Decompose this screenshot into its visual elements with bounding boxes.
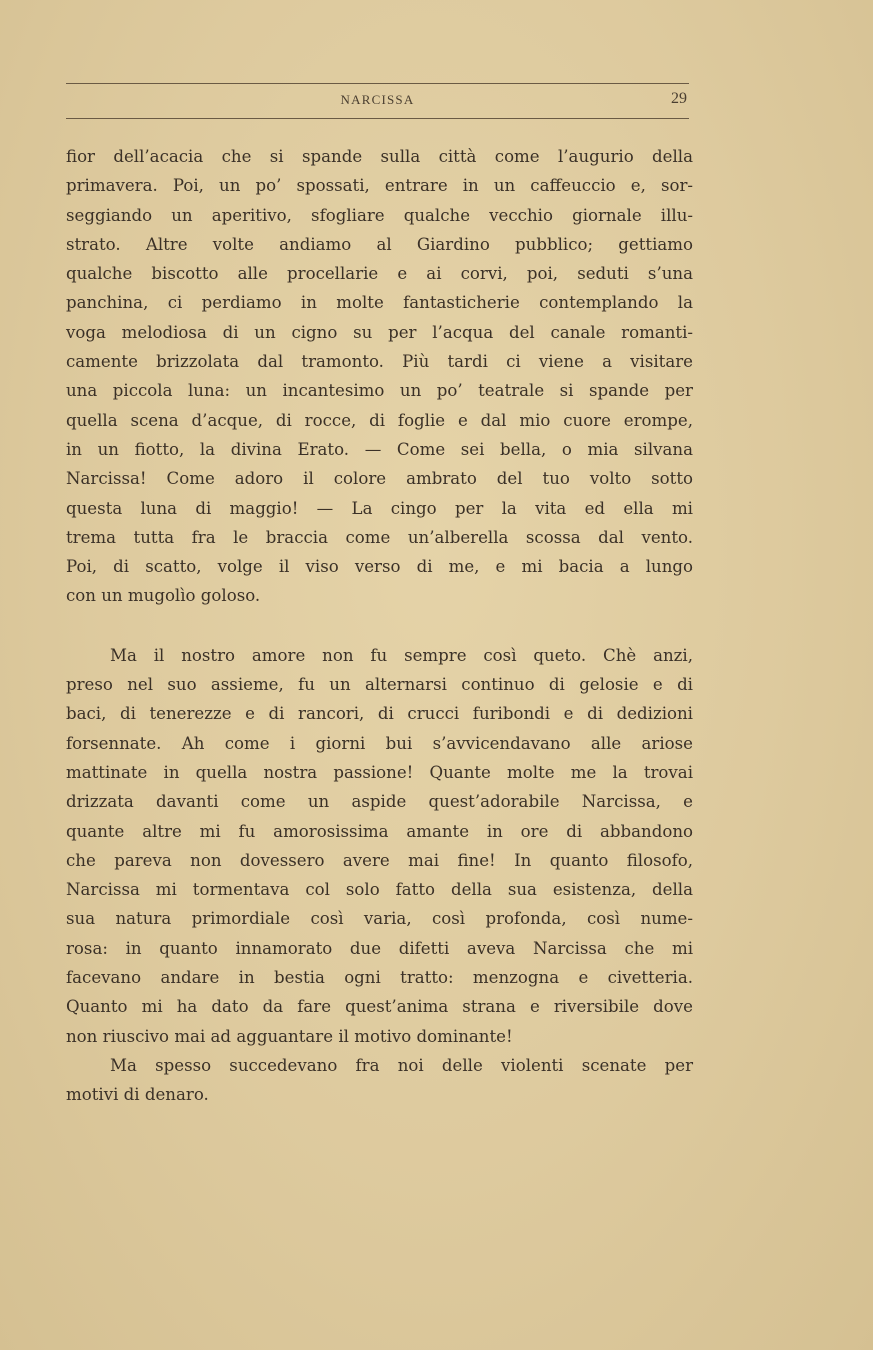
text-line: facevano andare in bestia ogni tratto: m… bbox=[66, 963, 693, 992]
text-line: preso nel suo assieme, fu un alternarsi … bbox=[66, 670, 693, 699]
text-line: con un mugolìo goloso. bbox=[66, 581, 693, 610]
running-head-title: NARCISSA bbox=[66, 92, 689, 108]
section-break bbox=[66, 611, 693, 641]
text-line: questa luna di maggio! — La cingo per la… bbox=[66, 494, 693, 523]
text-line: voga melodiosa di un cigno su per l’acqu… bbox=[66, 318, 693, 347]
text-line: Ma il nostro amore non fu sempre così qu… bbox=[66, 641, 693, 670]
text-line: baci, di tenerezze e di rancori, di cruc… bbox=[66, 699, 693, 728]
header-rule-top bbox=[66, 83, 689, 84]
text-line: quante altre mi fu amorosissima amante i… bbox=[66, 817, 693, 846]
body-text: fior dell’acacia che si spande sulla cit… bbox=[66, 142, 693, 1110]
text-line: quella scena d’acque, di rocce, di fogli… bbox=[66, 406, 693, 435]
text-line: non riuscivo mai ad agguantare il motivo… bbox=[66, 1022, 693, 1051]
page-number: 29 bbox=[671, 90, 687, 108]
text-line: che pareva non dovessero avere mai fine!… bbox=[66, 846, 693, 875]
text-line: Poi, di scatto, volge il viso verso di m… bbox=[66, 552, 693, 581]
header-rule-bottom bbox=[66, 118, 689, 119]
text-line: camente brizzolata dal tramonto. Più tar… bbox=[66, 347, 693, 376]
text-line: Narcissa! Come adoro il colore ambrato d… bbox=[66, 464, 693, 493]
text-line: motivi di denaro. bbox=[66, 1080, 693, 1109]
text-line: drizzata davanti come un aspide quest’ad… bbox=[66, 787, 693, 816]
text-line: seggiando un aperitivo, sfogliare qualch… bbox=[66, 201, 693, 230]
text-line: Narcissa mi tormentava col solo fatto de… bbox=[66, 875, 693, 904]
text-line: panchina, ci perdiamo in molte fantastic… bbox=[66, 288, 693, 317]
book-page: NARCISSA 29 fior dell’acacia che si span… bbox=[0, 0, 873, 1350]
text-line: trema tutta fra le braccia come un’alber… bbox=[66, 523, 693, 552]
text-line: forsennate. Ah come i giorni bui s’avvic… bbox=[66, 729, 693, 758]
text-line: fior dell’acacia che si spande sulla cit… bbox=[66, 142, 693, 171]
paragraph-1: fior dell’acacia che si spande sulla cit… bbox=[66, 142, 693, 611]
text-line: Quanto mi ha dato da fare quest’anima st… bbox=[66, 992, 693, 1021]
text-line: Ma spesso succedevano fra noi delle viol… bbox=[66, 1051, 693, 1080]
text-line: primavera. Poi, un po’ spossati, entrare… bbox=[66, 171, 693, 200]
text-line: qualche biscotto alle procellarie e ai c… bbox=[66, 259, 693, 288]
text-line: mattinate in quella nostra passione! Qua… bbox=[66, 758, 693, 787]
text-line: sua natura primordiale così varia, così … bbox=[66, 904, 693, 933]
text-line: una piccola luna: un incantesimo un po’ … bbox=[66, 376, 693, 405]
text-line: in un fiotto, la divina Erato. — Come se… bbox=[66, 435, 693, 464]
paragraph-2: Ma il nostro amore non fu sempre così qu… bbox=[66, 641, 693, 1051]
paragraph-3: Ma spesso succedevano fra noi delle viol… bbox=[66, 1051, 693, 1110]
text-line: rosa: in quanto innamorato due difetti a… bbox=[66, 934, 693, 963]
text-line: strato. Altre volte andiamo al Giardino … bbox=[66, 230, 693, 259]
running-head: NARCISSA 29 bbox=[66, 82, 689, 119]
